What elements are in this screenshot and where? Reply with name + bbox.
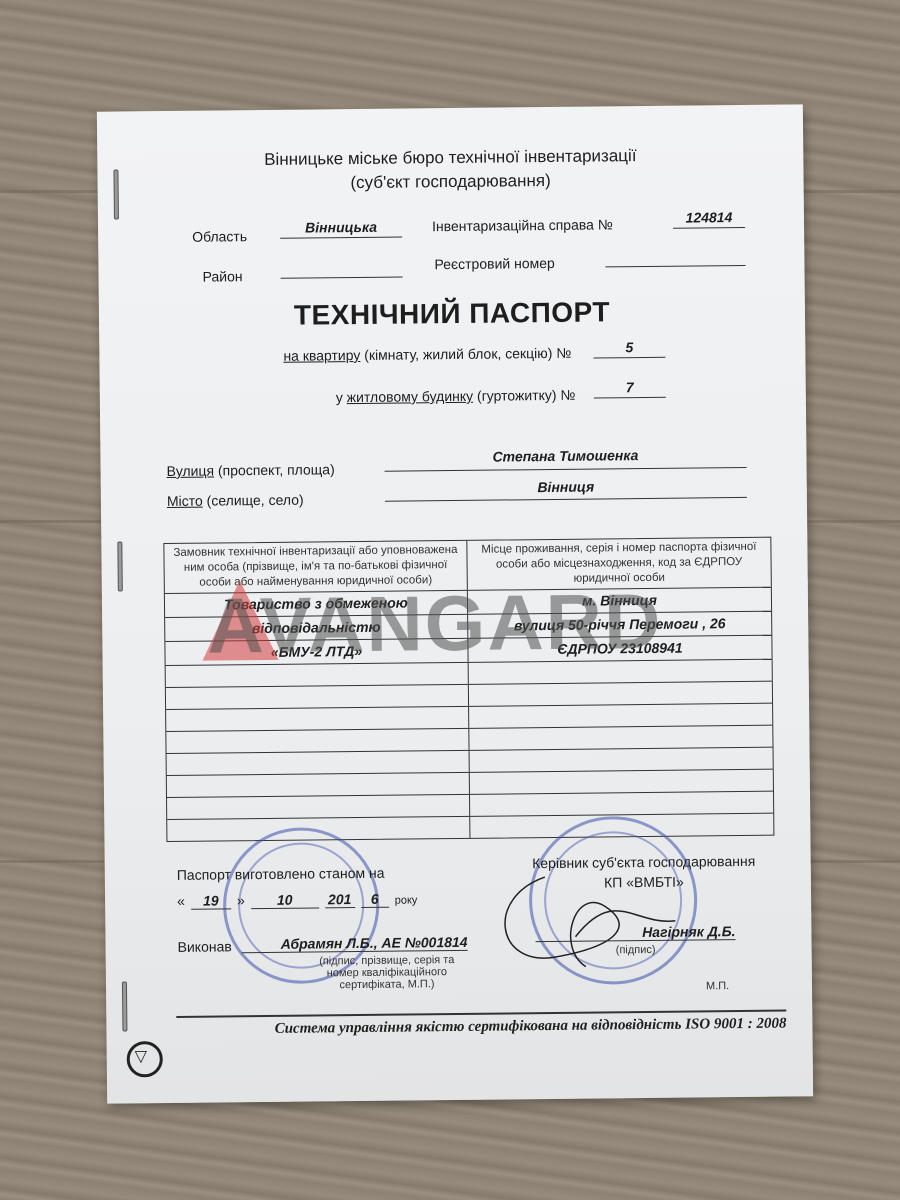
oblast-line [280,237,402,239]
document-title: ТЕХНІЧНИЙ ПАСПОРТ [99,294,805,333]
building-label: у житловому будинку (гуртожитку) № [336,387,576,406]
organization-subtitle: (суб'єкт господарювання) [97,168,803,195]
date-day: 19 [191,892,231,909]
address-cell [469,726,772,750]
customer-cell [167,795,470,819]
date-year-suffix: 6 [361,891,389,908]
organization-name: Вінницьке міське бюро технічної інвентар… [97,144,803,171]
city-value: Вінниця [385,477,747,497]
city-line [385,497,747,502]
address-cell [469,682,772,706]
staple [122,981,128,1031]
date-row: « 19 » 10 201 6 року [177,890,417,910]
registry-label: Реєстровий номер [434,255,554,272]
customer-cell [167,773,470,797]
case-value: 124814 [673,209,745,226]
date-month: 10 [251,891,319,909]
address-cell [469,704,772,728]
building-number: 7 [594,379,666,396]
building-line [594,397,666,399]
apartment-number: 5 [593,339,665,356]
iso-certification-logo-icon [127,1041,163,1077]
oblast-label: Область [192,228,247,245]
apartment-label: на квартиру (кімнату, жилий блок, секцію… [283,345,571,364]
apartment-line [593,357,665,359]
address-cell [470,748,773,772]
case-line [673,227,745,229]
street-value: Степана Тимошенка [384,446,746,466]
iso-footer: Система управління якістю сертифікована … [176,1010,786,1039]
customer-cell [166,685,469,709]
technical-passport-page: Вінницьке міське бюро технічної інвентар… [97,104,813,1103]
executor-value: Абрамян Л.Б., АЕ №001814 [241,934,467,953]
signature-icon [485,866,686,978]
rayon-label: Район [202,268,242,284]
customer-cell [166,729,469,753]
address-cell [470,792,773,816]
street-line [385,467,747,472]
registry-line [605,265,745,267]
oblast-value: Вінницька [280,219,402,236]
executor-label: Виконав [177,938,231,955]
rayon-line [281,277,403,279]
street-label: Вулиця (проспект, площа) [167,461,335,479]
customer-cell [167,751,470,775]
watermark: AVANGARD [207,576,663,672]
address-cell [470,770,773,794]
date-year-prefix: 201 [325,891,355,908]
seal-mark: М.П. [706,980,729,992]
customer-cell [166,707,469,731]
staple [117,541,123,591]
date-label: Паспорт виготовлено станом на [177,865,385,883]
executor-caption: (підпис, прізвище, серія та номер кваліф… [302,954,472,992]
city-label: Місто (селище, село) [167,492,304,509]
case-label: Інвентаризаційна справа № [432,216,613,234]
